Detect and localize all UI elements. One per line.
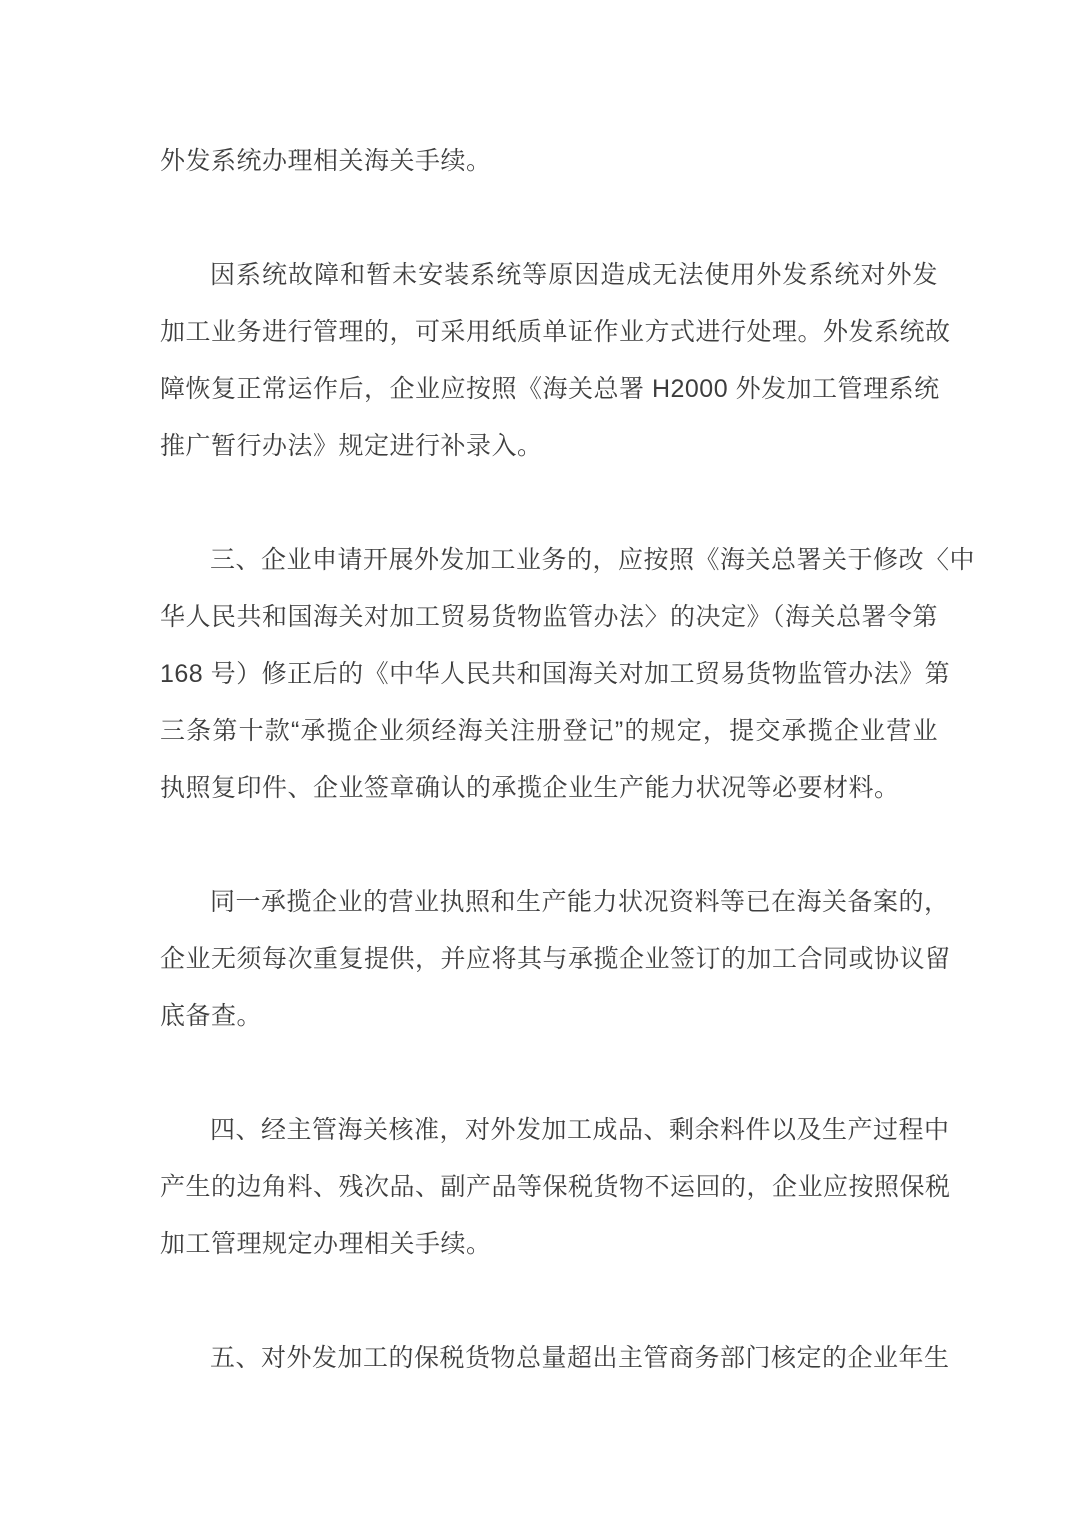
document-page: 外发系统办理相关海关手续。因系统故障和暂未安装系统等原因造成无法使用外发系统对外… <box>0 0 1080 1527</box>
text-line: 执照复印件、企业签章确认的承揽企业生产能力状况等必要材料。 <box>160 760 938 817</box>
text-line: 企业无须每次重复提供，并应将其与承揽企业签订的加工合同或协议留 <box>160 931 938 988</box>
text-line: 因系统故障和暂未安装系统等原因造成无法使用外发系统对外发 <box>160 247 938 304</box>
paragraph: 同一承揽企业的营业执照和生产能力状况资料等已在海关备案的，企业无须每次重复提供，… <box>160 874 938 1045</box>
text-line: 四、经主管海关核准，对外发加工成品、剩余料件以及生产过程中 <box>160 1102 938 1159</box>
text-line: 五、对外发加工的保税货物总量超出主管商务部门核定的企业年生 <box>160 1330 938 1387</box>
paragraph: 外发系统办理相关海关手续。 <box>160 133 938 190</box>
paragraph: 因系统故障和暂未安装系统等原因造成无法使用外发系统对外发加工业务进行管理的，可采… <box>160 247 938 475</box>
text-line: 加工业务进行管理的，可采用纸质单证作业方式进行处理。外发系统故 <box>160 304 938 361</box>
text-line: 三、企业申请开展外发加工业务的，应按照《海关总署关于修改〈中 <box>160 532 938 589</box>
text-line: 168 号）修正后的《中华人民共和国海关对加工贸易货物监管办法》第 <box>160 646 938 703</box>
text-line: 底备查。 <box>160 988 938 1045</box>
paragraph: 三、企业申请开展外发加工业务的，应按照《海关总署关于修改〈中华人民共和国海关对加… <box>160 532 938 817</box>
text-line: 加工管理规定办理相关手续。 <box>160 1216 938 1273</box>
paragraph: 五、对外发加工的保税货物总量超出主管商务部门核定的企业年生 <box>160 1330 938 1387</box>
text-line: 三条第十款“承揽企业须经海关注册登记”的规定，提交承揽企业营业 <box>160 703 938 760</box>
text-line: 同一承揽企业的营业执照和生产能力状况资料等已在海关备案的， <box>160 874 938 931</box>
paragraph: 四、经主管海关核准，对外发加工成品、剩余料件以及生产过程中产生的边角料、残次品、… <box>160 1102 938 1273</box>
text-line: 华人民共和国海关对加工贸易货物监管办法〉的决定》（海关总署令第 <box>160 589 938 646</box>
text-line: 外发系统办理相关海关手续。 <box>160 133 938 190</box>
text-line: 产生的边角料、残次品、副产品等保税货物不运回的，企业应按照保税 <box>160 1159 938 1216</box>
text-line: 推广暂行办法》规定进行补录入。 <box>160 418 938 475</box>
text-line: 障恢复正常运作后，企业应按照《海关总署 H2000 外发加工管理系统 <box>160 361 938 418</box>
document-body: 外发系统办理相关海关手续。因系统故障和暂未安装系统等原因造成无法使用外发系统对外… <box>160 133 938 1444</box>
